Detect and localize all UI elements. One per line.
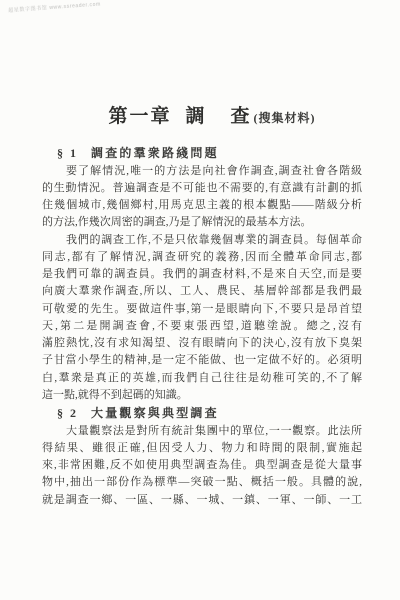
chapter-title: 第一章調查(搜集材料) — [0, 101, 400, 128]
body-lines: § 1調查的羣衆路綫問題要了解情況,唯一的方法是向社會作調查,調查社會各階級的生… — [42, 144, 362, 509]
text-line: 我們的調查工作,不是只依靠幾個專業的調查員。每個革命 — [42, 232, 362, 249]
section-number: § 1 — [57, 146, 78, 160]
text-line: 就是調查一鄉、一區、一縣、一城、一鎮、一軍、一師、一工 — [42, 492, 362, 509]
text-line: 物中,抽出一部份作為標準—突破一點、概括一般。具體的說, — [42, 474, 362, 491]
text-line: 子甘當小學生的精神,是一定不能做、也一定做不好的。必須明 — [42, 352, 362, 369]
text-line: 得結果、雖很正確,但因受人力、物力和時間的限制,實施起 — [42, 440, 362, 457]
chapter-title-char-2: 查 — [231, 106, 250, 127]
section-heading: § 1調查的羣衆路綫問題 — [42, 144, 362, 163]
text-line: 的生動情況。普遍調查是不可能也不需要的,有意識有計劃的抓 — [42, 180, 362, 197]
text-line: 要了解情況,唯一的方法是向社會作調查,調查社會各階級 — [42, 163, 362, 180]
text-line: 滿腔熱忱,沒有求知渴望、沒有眼睛向下的決心,沒有放下臭架 — [42, 335, 362, 352]
section-title: 調查的羣衆路綫問題 — [91, 146, 219, 160]
section-heading: § 2大量觀察與典型調查 — [42, 404, 362, 423]
chapter-title-char-1: 調 — [185, 106, 204, 127]
text-line: 向廣大羣衆作調查,所以、工人、農民、基層幹部都是我們最 — [42, 283, 362, 300]
chapter-number: 第一章 — [108, 106, 171, 127]
section-number: § 2 — [57, 406, 78, 420]
text-line: 天,第二是開調查會,不要東張西望,道聽塗說。總之,沒有 — [42, 318, 362, 335]
text-line: 住幾個城市,幾個鄉村,用馬克思主義的根本觀點——階級分析 — [42, 197, 362, 214]
text-line: 來,非常困難,反不如使用典型調查為佳。典型調查是從大量事 — [42, 457, 362, 474]
text-line: 可敬愛的先生。要做這件事,第一是眼睛向下,不要只是昂首望 — [42, 301, 362, 318]
text-line: 的方法,作幾次周密的調查,乃是了解情況的最基本方法。 — [42, 214, 362, 231]
section-title: 大量觀察與典型調查 — [91, 406, 219, 420]
text-line: 是我們可靠的調查員。我們的調查材料,不是來自天空,而是要 — [42, 266, 362, 283]
text-line: 大量觀察法是對所有統計集團中的單位,一一觀察。此法所 — [42, 423, 362, 440]
text-line: 這一點,就得不到起碼的知識。 — [42, 387, 362, 404]
chapter-subtitle: (搜集材料) — [254, 111, 316, 125]
scanned-book-page: 超星数字图书馆 www.ssreader.com 第一章調查(搜集材料) § 1… — [0, 0, 400, 600]
text-line: 同志,都有了解情況,調查研究的義務,因而全體革命同志,都 — [42, 249, 362, 266]
text-line: 白,羣衆是真正的英雄,而我們自己往往是幼稚可笑的,不了解 — [42, 370, 362, 387]
library-watermark: 超星数字图书馆 www.ssreader.com — [8, 1, 101, 14]
